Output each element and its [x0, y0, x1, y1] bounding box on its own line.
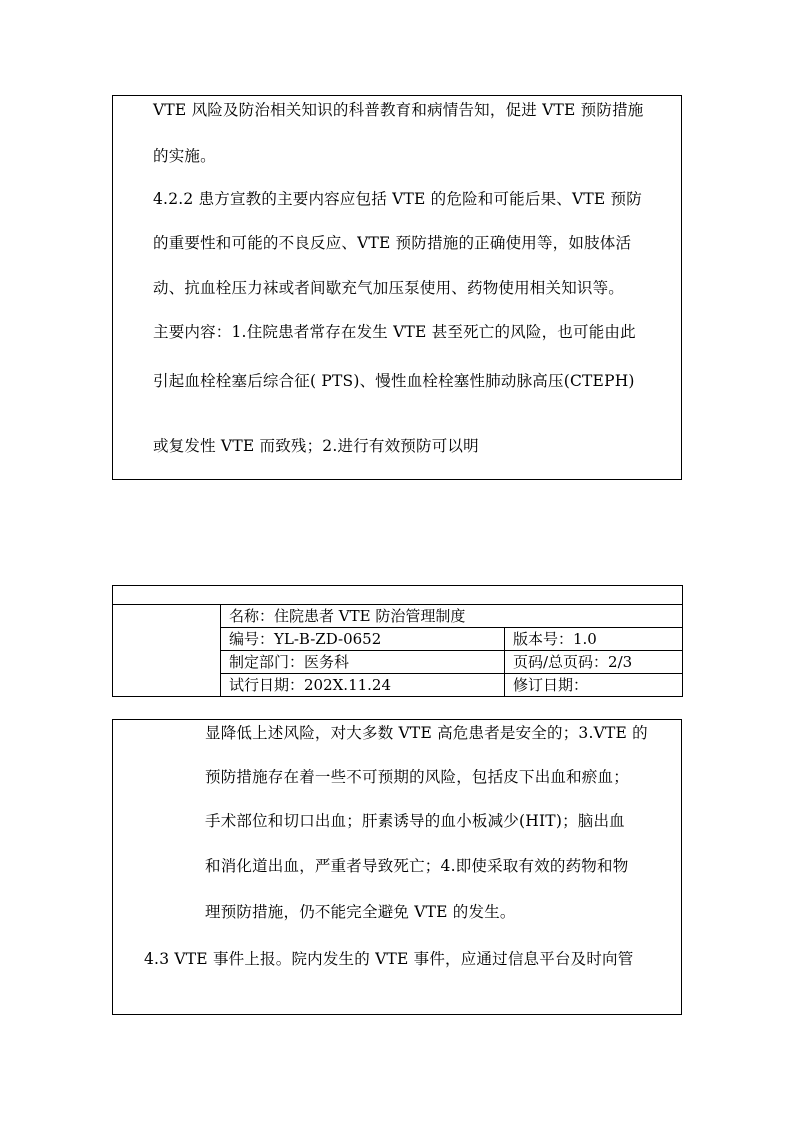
paragraph-line: 理预防措施，仍不能完全避免 VTE 的发生。 [205, 902, 516, 922]
paragraph-line: 主要内容：1.住院患者常存在发生 VTE 甚至死亡的风险，也可能由此 [153, 322, 636, 342]
paragraph-line: 和消化道出血，严重者导致死亡；4.即使采取有效的药物和物 [205, 856, 628, 876]
paragraph-line: 4.3 VTE 事件上报。院内发生的 VTE 事件，应通过信息平台及时向管 [144, 949, 633, 969]
revision-date: 修订日期： [505, 674, 683, 697]
page-number: 页码/总页码：2/3 [505, 651, 683, 674]
paragraph-line: 或复发性 VTE 而致残；2.进行有效预防可以明 [153, 436, 479, 456]
paragraph-line: 预防措施存在着一些不可预期的风险，包括皮下出血和瘀血； [205, 767, 629, 787]
trial-date: 试行日期：202X.11.24 [221, 674, 505, 697]
version-number: 版本号：1.0 [505, 628, 683, 651]
document-header-table: 名称：住院患者 VTE 防治管理制度 编号：YL-B-ZD-0652 版本号：1… [112, 585, 683, 697]
paragraph-line: 引起血栓栓塞后综合征( PTS)、慢性血栓栓塞性肺动脉高压(CTEPH) [153, 371, 635, 391]
department: 制定部门：医务科 [221, 651, 505, 674]
header-blank-row [113, 586, 683, 605]
paragraph-line: 的实施。 [153, 146, 216, 166]
paragraph-line: 手术部位和切口出血；肝素诱导的血小板减少(HIT)；脑出血 [205, 811, 625, 831]
logo-cell [113, 605, 221, 697]
document-name: 名称：住院患者 VTE 防治管理制度 [221, 605, 683, 628]
paragraph-line: 显降低上述风险，对大多数 VTE 高危患者是安全的；3.VTE 的 [205, 723, 648, 743]
paragraph-line: 动、抗血栓压力袜或者间歇充气加压泵使用、药物使用相关知识等。 [153, 278, 624, 298]
paragraph-line: 的重要性和可能的不良反应、VTE 预防措施的正确使用等，如肢体活 [153, 233, 631, 253]
paragraph-line: VTE 风险及防治相关知识的科普教育和病情告知，促进 VTE 预防措施 [153, 100, 643, 120]
document-number: 编号：YL-B-ZD-0652 [221, 628, 505, 651]
paragraph-line: 4.2.2 患方宣教的主要内容应包括 VTE 的危险和可能后果、VTE 预防 [153, 189, 642, 209]
